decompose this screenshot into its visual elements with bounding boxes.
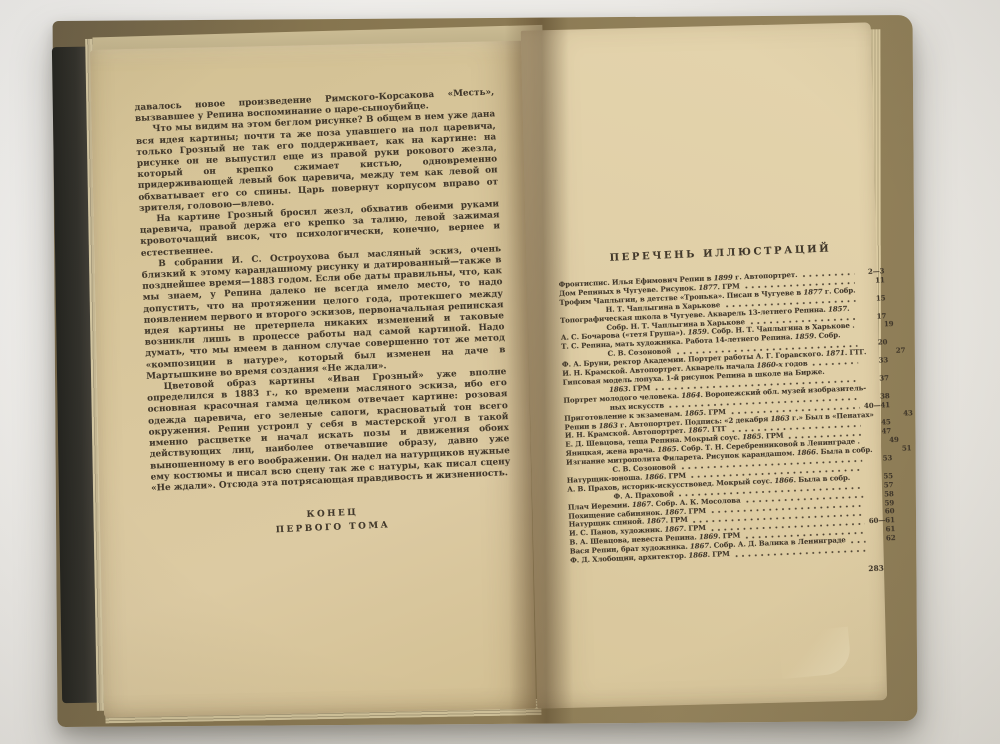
toc-entry-page: 33 [862,356,888,366]
illustrations-list-heading: ПЕРЕЧЕНЬ ИЛЛЮСТРАЦИЙ [557,241,883,266]
paragraph: Что мы видим на этом беглом рисунке? В о… [135,110,499,215]
dot-leader [871,388,875,391]
volume-end-note: КОНЕЦ ПЕРВОГО ТОМА [152,499,513,543]
body-paragraphs: давалось новое произведение Римского-Кор… [134,87,511,494]
toc-entry-page [870,552,896,553]
page-corner-curl [778,627,852,679]
dot-leader [860,290,864,293]
illustrations-list-block: ПЕРЕЧЕНЬ ИЛЛЮСТРАЦИЙ Фронтиспис. Илья Еф… [557,241,897,585]
dot-leader [871,352,875,355]
dot-leader [855,478,863,481]
page-number: 283 [571,563,897,586]
dot-leader [851,540,866,544]
toc-entry-page: 37 [863,374,889,384]
illustrations-list: Фронтиспис. Илья Ефимович Репин в 1899 г… [558,267,896,565]
paragraph: В собрании И. С. Остроухова был масляный… [141,244,506,383]
dot-leader [830,371,859,375]
open-book: давалось новое произведение Римского-Кор… [53,15,918,727]
dot-leader [854,308,858,311]
dot-leader [735,549,866,557]
right-page: ПЕРЕЧЕНЬ ИЛЛЮСТРАЦИЙ Фронтиспис. Илья Еф… [521,22,887,708]
dot-leader [877,450,881,453]
toc-entry-page: 15 [859,294,885,304]
toc-entry-page: 62 [869,534,895,544]
dot-leader [845,335,857,338]
paragraph: Цветовой образ картины «Иван Грозный» уж… [147,367,512,495]
left-page: давалось новое произведение Римского-Кор… [90,41,536,718]
toc-entry-page: 19 [867,320,893,330]
dot-leader [860,326,864,329]
toc-entry-page: 11 [859,276,885,286]
toc-entry-page: 53 [866,454,892,464]
left-page-text-block: давалось новое произведение Римского-Кор… [134,87,513,542]
